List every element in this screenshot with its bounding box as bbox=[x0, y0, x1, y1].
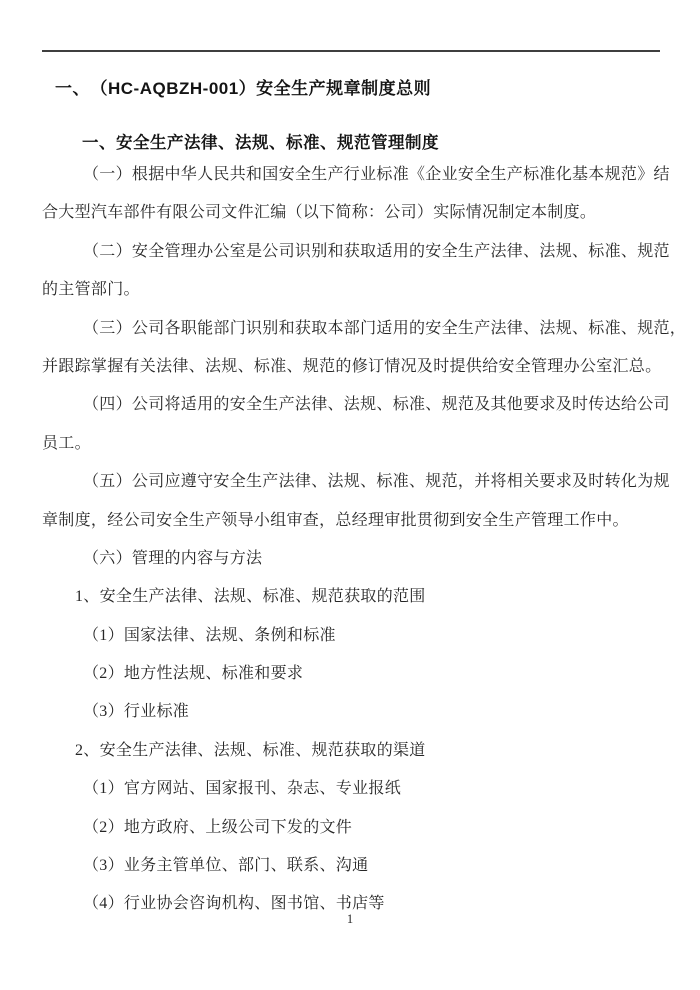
text-line: （二）安全管理办公室是公司识别和获取适用的安全生产法律、法规、标准、规范 bbox=[42, 233, 682, 271]
text-line: （三）公司各职能部门识别和获取本部门适用的安全生产法律、法规、标准、规范， bbox=[42, 310, 682, 348]
text-line: 并跟踪掌握有关法律、法规、标准、规范的修订情况及时提供给安全管理办公室汇总。 bbox=[42, 348, 682, 386]
text-line: （2）地方性法规、标准和要求 bbox=[42, 655, 682, 693]
text-line: （一）根据中华人民共和国安全生产行业标准《企业安全生产标准化基本规范》结 bbox=[42, 156, 682, 194]
text-line: 章制度，经公司安全生产领导小组审查，总经理审批贯彻到安全生产管理工作中。 bbox=[42, 502, 682, 540]
page-number: 1 bbox=[0, 912, 700, 927]
section-heading: 一、安全生产法律、法规、标准、规范管理制度 bbox=[82, 129, 439, 153]
text-line: 合大型汽车部件有限公司文件汇编（以下简称：公司）实际情况制定本制度。 bbox=[42, 194, 682, 232]
text-line: （1）国家法律、法规、条例和标准 bbox=[42, 617, 682, 655]
text-line: （3）行业标准 bbox=[42, 693, 682, 731]
text-line: （1）官方网站、国家报刊、杂志、专业报纸 bbox=[42, 770, 682, 808]
text-line: （六）管理的内容与方法 bbox=[42, 540, 682, 578]
text-line: 员工。 bbox=[42, 425, 682, 463]
text-line: （四）公司将适用的安全生产法律、法规、标准、规范及其他要求及时传达给公司 bbox=[42, 386, 682, 424]
text-line: 2、安全生产法律、法规、标准、规范获取的渠道 bbox=[42, 732, 682, 770]
document-title: 一、 （HC-AQBZH-001）安全生产规章制度总则 bbox=[55, 74, 431, 99]
text-line: 1、安全生产法律、法规、标准、规范获取的范围 bbox=[42, 578, 682, 616]
document-body: （一）根据中华人民共和国安全生产行业标准《企业安全生产标准化基本规范》结合大型汽… bbox=[42, 156, 682, 924]
document-page: 一、 （HC-AQBZH-001）安全生产规章制度总则 一、安全生产法律、法规、… bbox=[0, 0, 700, 990]
text-line: 的主管部门。 bbox=[42, 271, 682, 309]
header-rule bbox=[42, 50, 660, 52]
text-line: （3）业务主管单位、部门、联系、沟通 bbox=[42, 847, 682, 885]
text-line: （2）地方政府、上级公司下发的文件 bbox=[42, 809, 682, 847]
text-line: （五）公司应遵守安全生产法律、法规、标准、规范，并将相关要求及时转化为规 bbox=[42, 463, 682, 501]
